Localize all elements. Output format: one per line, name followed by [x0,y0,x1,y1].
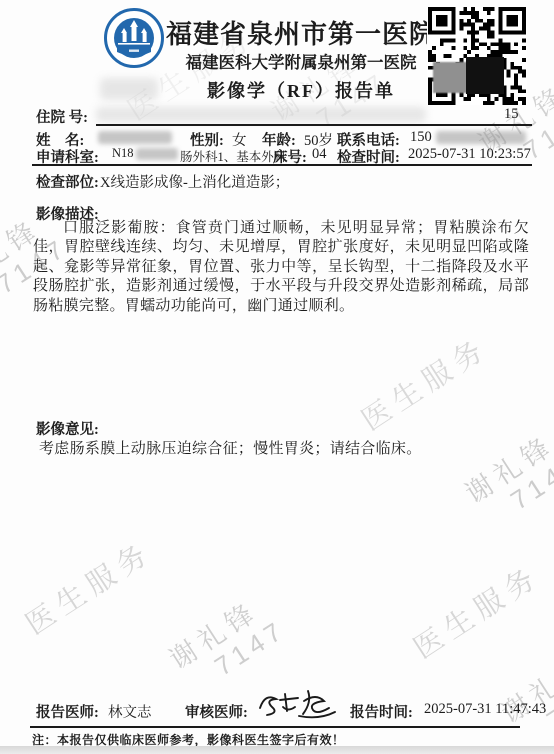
bed-value: 04 [312,146,327,163]
report-time-label: 报告时间: [350,701,413,722]
redaction-name [98,131,172,144]
watermark: 医生服务 [16,530,159,643]
hospital-seal-icon [104,8,164,68]
watermark: 谢礼锋7147 [493,637,554,754]
description-paragraph: 口服泛影葡胺：食管贲门通过顺畅，未见明显异常；胃粘膜涂布欠佳，胃腔壁线连续、均匀… [33,219,529,316]
watermark: 医生服务 [352,326,495,439]
exam-site-label: 检查部位: [36,171,99,192]
report-page: 谢礼锋7147 谢礼锋7147 医生服务 谢礼锋7147 医生服务 谢礼锋714… [0,0,554,754]
redaction-admission-no [96,107,426,122]
opinion-label: 影像意见: [36,418,99,439]
report-title: 影像学（RF）报告单 [166,77,436,103]
report-doctor-value: 林文志 [108,701,152,722]
report-doctor-label: 报告医师: [36,701,99,722]
admission-label: 住院 号: [36,106,88,127]
hospital-title: 福建省泉州市第一医院 [166,14,436,51]
review-doctor-label: 审核医师: [185,701,248,722]
admission-value-suffix: 15 [504,106,519,123]
scan-edge [0,746,554,754]
review-doctor-signature [252,684,342,722]
hospital-subtitle: 福建医科大学附属泉州第一医院 [166,49,436,73]
phone-value-prefix: 150 [410,129,432,146]
redaction-department [136,148,178,160]
department-value-suffix: 肠外科1、基本外科 [180,147,286,165]
watermark: 谢礼锋7147 [457,417,554,535]
department-value-prefix: N18 [112,146,134,161]
report-time-value: 2025-07-31 11:47:43 [424,701,546,718]
watermark: 医生服务 [404,554,547,667]
opinion-text: 考虑肠系膜上动脉压迫综合征；慢性胃炎；请结合临床。 [39,437,531,458]
divider [96,124,532,126]
redaction-phone [436,131,526,144]
redaction-header [100,78,158,100]
divider [30,726,520,728]
redaction-qr-black [466,57,504,94]
divider [32,164,532,166]
exam-time-value: 2025-07-31 10:23:57 [408,146,531,163]
exam-site-value: X线造影成像-上消化道造影； [100,171,289,192]
